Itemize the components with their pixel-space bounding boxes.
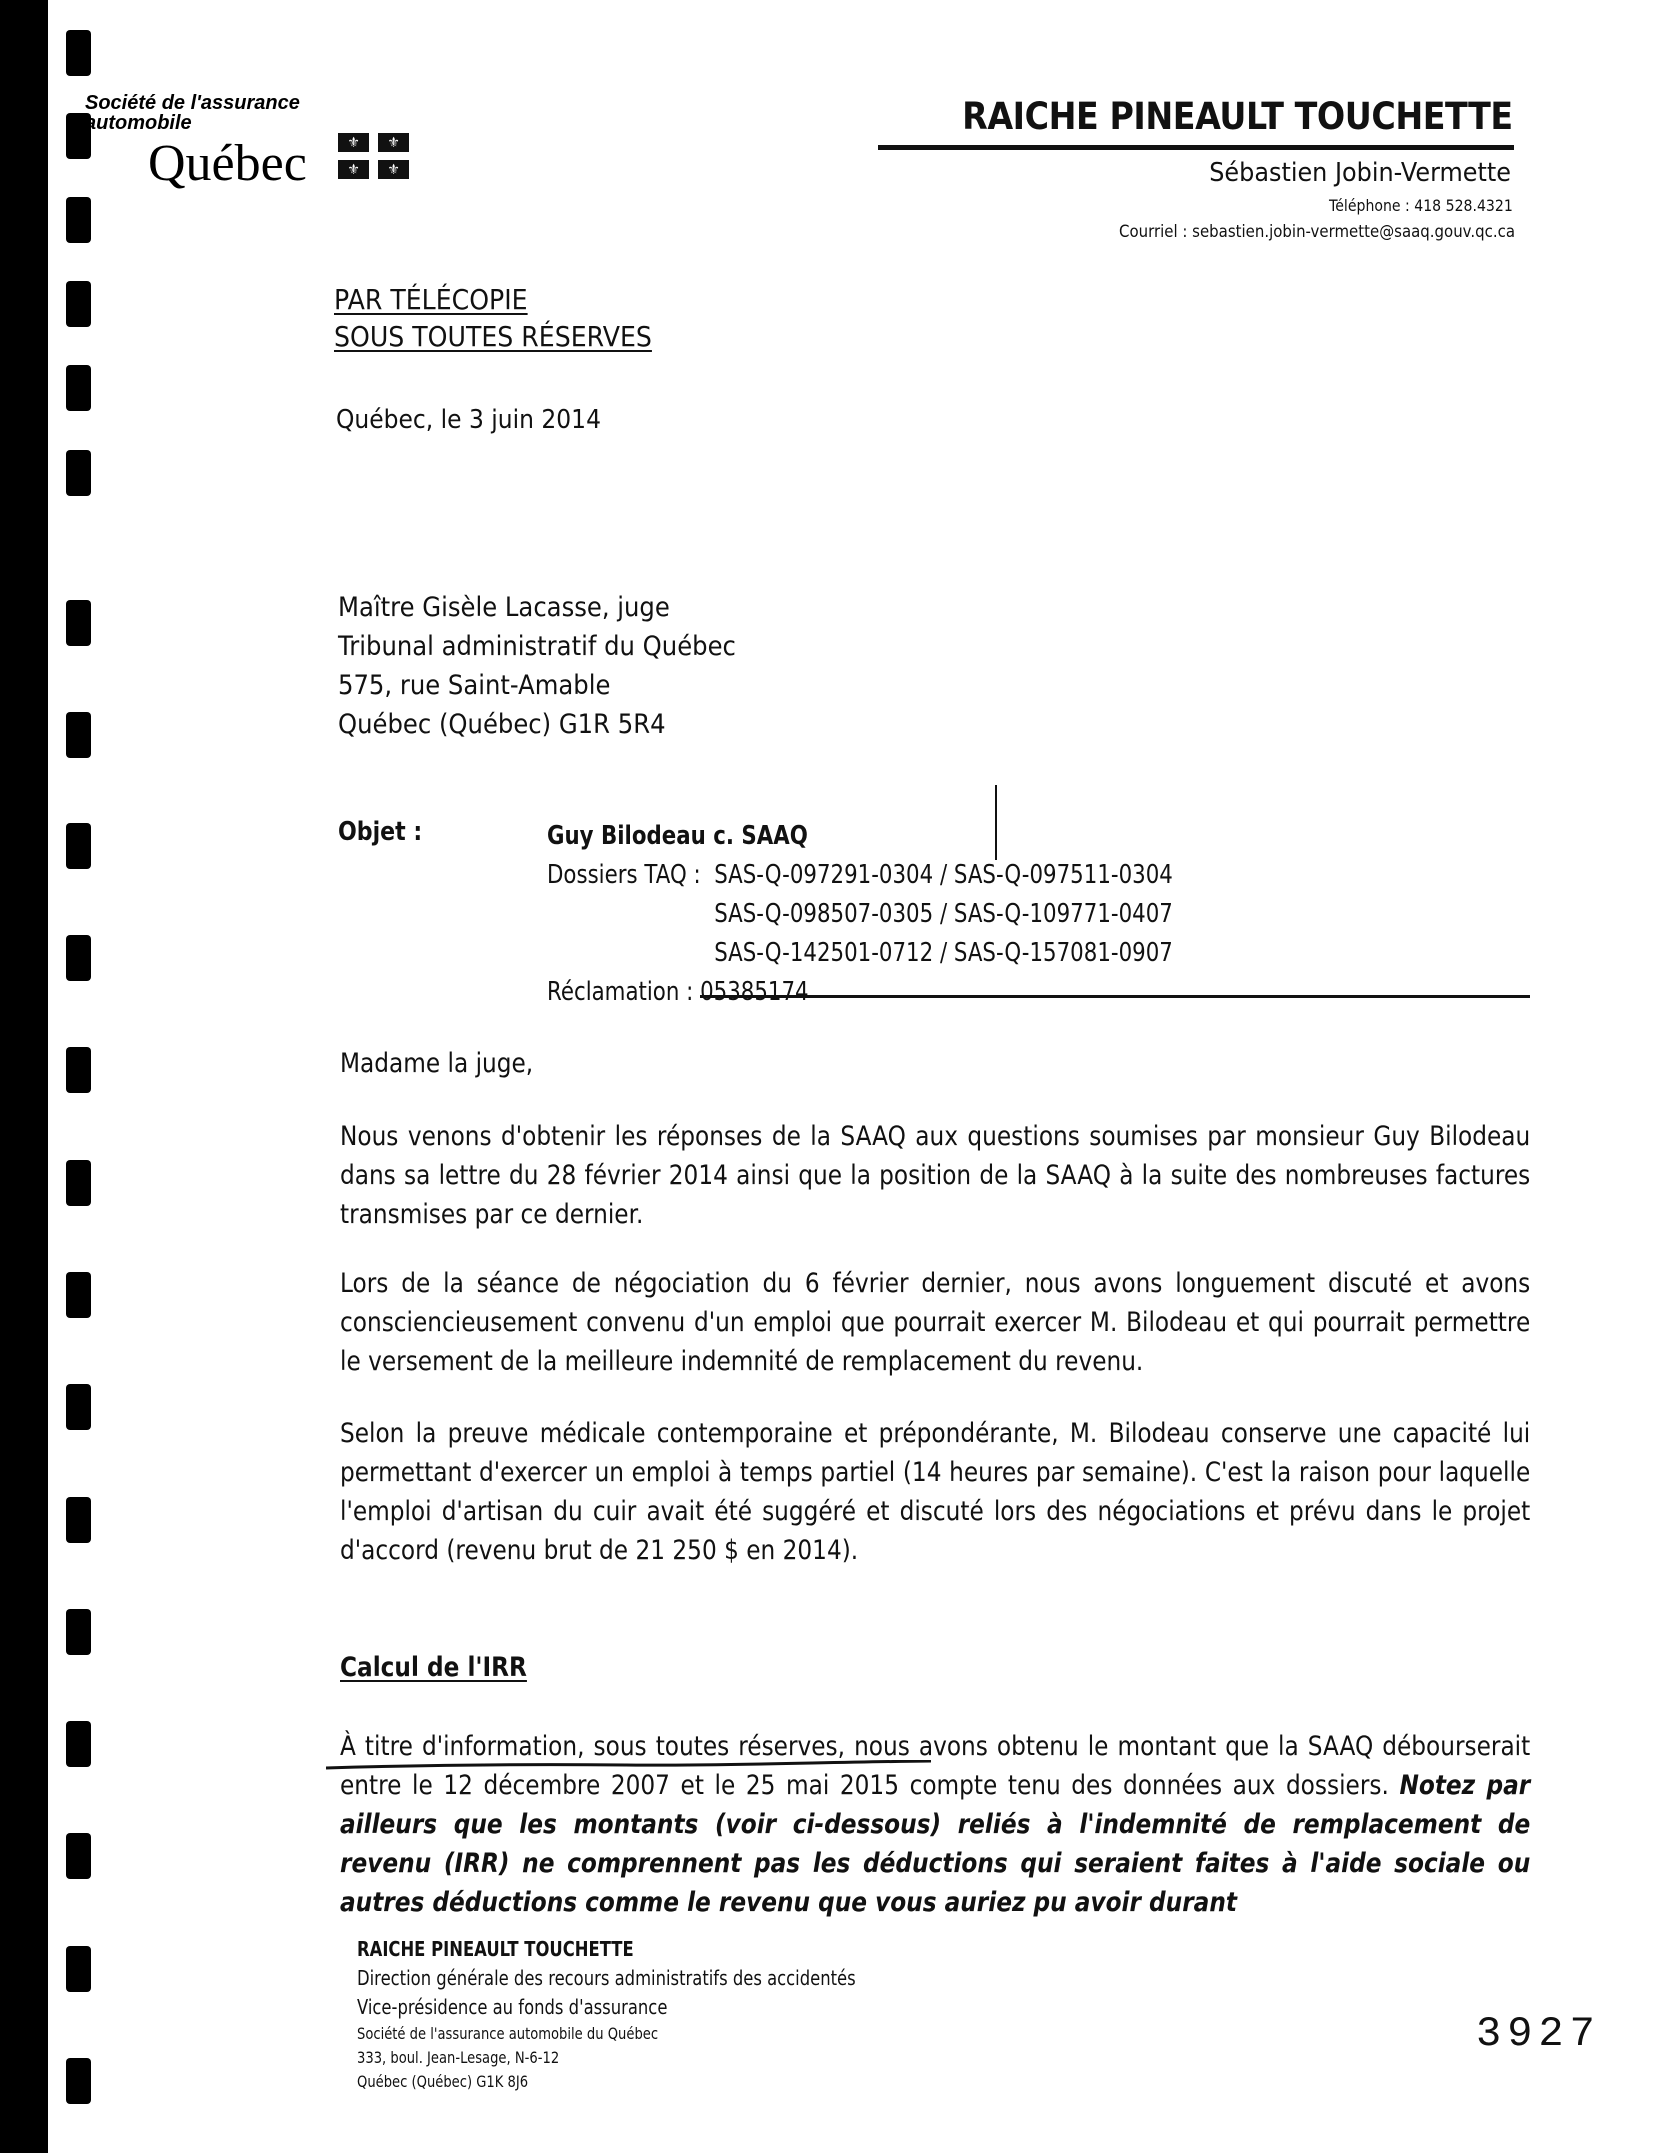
page-number-stamp: 3927: [1476, 2010, 1601, 2058]
letterhead-divider: [878, 145, 1514, 150]
recipient-organization: Tribunal administratif du Québec: [338, 627, 736, 666]
punch-hole: [66, 1384, 91, 1430]
logo-quebec: Québec: [148, 138, 307, 190]
section-title-irr: Calcul de l'IRR: [340, 1652, 527, 1683]
punch-hole: [66, 365, 91, 411]
footer-direction: Direction générale des recours administr…: [357, 1964, 856, 1993]
recipient-street: 575, rue Saint-Amable: [338, 666, 736, 705]
fleur-de-lis-icon: ⚜: [378, 133, 409, 152]
paragraph-4: À titre d'information, sous toutes réser…: [340, 1727, 1530, 1922]
fleur-de-lis-icon: ⚜: [338, 133, 369, 152]
case-title: Guy Bilodeau c. SAAQ: [547, 817, 1173, 856]
recipient-name: Maître Gisèle Lacasse, juge: [338, 588, 736, 627]
objet-label: Objet :: [338, 817, 422, 847]
footer-vice-presidence: Vice-présidence au fonds d'assurance: [357, 1993, 856, 2022]
paragraph-3: Selon la preuve médicale contemporaine e…: [340, 1414, 1530, 1570]
recipient-address: Maître Gisèle Lacasse, juge Tribunal adm…: [338, 588, 736, 744]
punch-hole: [66, 600, 91, 646]
punch-hole: [66, 823, 91, 869]
punch-hole: [66, 1160, 91, 1206]
paragraph-1: Nous venons d'obtenir les réponses de la…: [340, 1117, 1530, 1234]
quebec-flag-icon: ⚜ ⚜ ⚜ ⚜: [338, 133, 416, 183]
punch-hole: [66, 1609, 91, 1655]
objet-details: Guy Bilodeau c. SAAQ Dossiers TAQ : SAS-…: [547, 817, 1173, 1012]
dossiers-label: Dossiers TAQ :: [547, 860, 701, 890]
handwritten-underline: [326, 1760, 931, 1770]
dossier-line: SAS-Q-098507-0305 / SAS-Q-109771-0407: [714, 895, 1173, 934]
recipient-city: Québec (Québec) G1R 5R4: [338, 705, 736, 744]
punch-hole: [66, 197, 91, 243]
punch-hole: [66, 450, 91, 496]
punch-hole: [66, 1272, 91, 1318]
fleur-de-lis-icon: ⚜: [338, 160, 369, 179]
transmission-mark: PAR TÉLÉCOPIE: [334, 283, 528, 316]
reserve-mark: SOUS TOUTES RÉSERVES: [334, 320, 652, 353]
footer-street: 333, boul. Jean-Lesage, N-6-12: [357, 2046, 856, 2070]
sender-name: Sébastien Jobin-Vermette: [1209, 158, 1511, 188]
letter-date: Québec, le 3 juin 2014: [336, 405, 601, 435]
footer-address: RAICHE PINEAULT TOUCHETTE Direction géné…: [357, 1935, 856, 2094]
dossier-line: SAS-Q-097291-0304 / SAS-Q-097511-0304: [714, 856, 1173, 895]
scan-binding-strip: [0, 0, 48, 2153]
fleur-de-lis-icon: ⚜: [378, 160, 409, 179]
logo-line-2: automobile: [85, 113, 300, 133]
punch-hole: [66, 1497, 91, 1543]
dossiers-list: SAS-Q-097291-0304 / SAS-Q-097511-0304 SA…: [714, 856, 1173, 973]
punch-hole: [66, 1833, 91, 1879]
objet-divider: [700, 995, 1530, 998]
punch-hole: [66, 2058, 91, 2104]
punch-hole: [66, 712, 91, 758]
logo-organization: Société de l'assurance automobile: [85, 93, 300, 133]
footer-city: Québec (Québec) G1K 8J6: [357, 2070, 856, 2094]
punch-hole: [66, 30, 91, 76]
reclamation-number: Réclamation : 05385174: [547, 973, 1173, 1012]
firm-name: RAICHE PINEAULT TOUCHETTE: [963, 95, 1513, 138]
sender-email: Courriel : sebastien.jobin-vermette@saaq…: [1119, 222, 1515, 242]
punch-hole: [66, 1047, 91, 1093]
sender-phone: Téléphone : 418 528.4321: [1329, 196, 1513, 215]
salutation: Madame la juge,: [340, 1048, 533, 1079]
footer-firm: RAICHE PINEAULT TOUCHETTE: [357, 1935, 856, 1964]
paragraph-2: Lors de la séance de négociation du 6 fé…: [340, 1264, 1530, 1381]
punch-hole: [66, 1946, 91, 1992]
footer-organization: Société de l'assurance automobile du Qué…: [357, 2022, 856, 2046]
logo-line-1: Société de l'assurance: [85, 93, 300, 113]
punch-hole: [66, 1721, 91, 1767]
punch-hole: [66, 281, 91, 327]
punch-hole: [66, 935, 91, 981]
dossiers-row: Dossiers TAQ : SAS-Q-097291-0304 / SAS-Q…: [547, 856, 1173, 973]
dossier-line: SAS-Q-142501-0712 / SAS-Q-157081-0907: [714, 934, 1173, 973]
